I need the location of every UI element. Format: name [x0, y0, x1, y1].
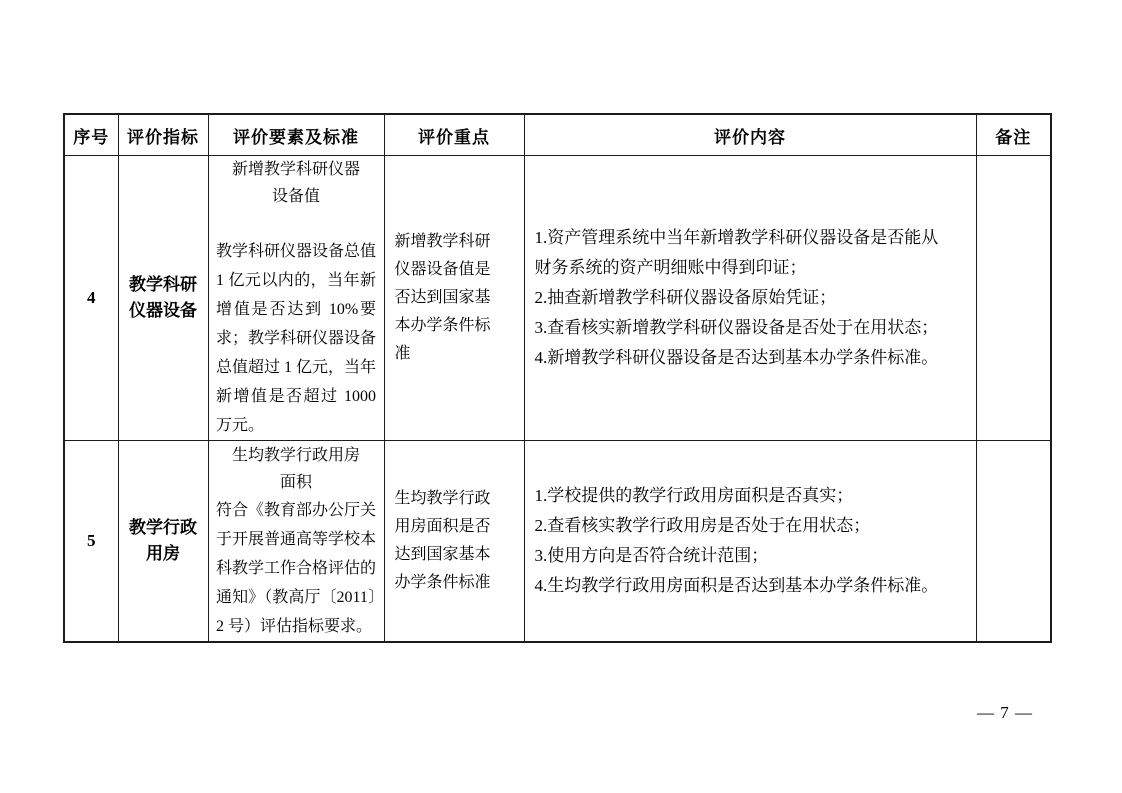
focus-text: 新增教学科研仪器设备值是否达到国家基本办学条件标准 [395, 228, 495, 368]
elements-body: 教学科研仪器设备总值 1 亿元以内的，当年新增值是否达到 10%要求；教学科研仪… [216, 237, 376, 440]
header-evaluation-indicator: 评价指标 [118, 114, 208, 156]
row-indicator-text: 教学行政用房 [126, 515, 200, 567]
row-serial-number: 4 [64, 156, 118, 441]
row-focus-cell: 新增教学科研仪器设备值是否达到国家基本办学条件标准 [384, 156, 524, 441]
header-evaluation-content: 评价内容 [524, 114, 976, 156]
content-list: 1.学校提供的教学行政用房面积是否真实； 2.查看核实教学行政用房是否处于在用状… [535, 481, 947, 601]
elements-title: 生均教学行政用房面积 [231, 442, 361, 496]
row-indicator: 教学行政用房 [118, 441, 208, 643]
row-focus-cell: 生均教学行政用房面积是否达到国家基本办学条件标准 [384, 441, 524, 643]
row-elements-cell: 新增教学科研仪器设备值 教学科研仪器设备总值 1 亿元以内的，当年新增值是否达到… [208, 156, 384, 441]
table-row: 4 教学科研仪器设备 新增教学科研仪器设备值 教学科研仪器设备总值 1 亿元以内… [64, 156, 1051, 441]
content-list: 1.资产管理系统中当年新增教学科研仪器设备是否能从财务系统的资产明细账中得到印证… [535, 223, 947, 373]
row-indicator: 教学科研仪器设备 [118, 156, 208, 441]
row-serial-number: 5 [64, 441, 118, 643]
row-remark-cell [976, 441, 1051, 643]
focus-text: 生均教学行政用房面积是否达到国家基本办学条件标准 [395, 485, 495, 597]
content-item: 1.学校提供的教学行政用房面积是否真实； [535, 481, 947, 511]
header-evaluation-focus: 评价重点 [384, 114, 524, 156]
content-item: 2.抽查新增教学科研仪器设备原始凭证； [535, 283, 947, 313]
elements-title: 新增教学科研仪器设备值 [231, 156, 361, 210]
table-header-row: 序号 评价指标 评价要素及标准 评价重点 评价内容 备注 [64, 114, 1051, 156]
header-elements-standards: 评价要素及标准 [208, 114, 384, 156]
header-serial-number: 序号 [64, 114, 118, 156]
header-remarks: 备注 [976, 114, 1051, 156]
page-number: — 7 — [950, 703, 1060, 723]
content-item: 3.使用方向是否符合统计范围； [535, 541, 947, 571]
elements-body: 符合《教育部办公厅关于开展普通高等学校本科教学工作合格评估的通知》（教高厅〔20… [216, 496, 376, 641]
table-row: 5 教学行政用房 生均教学行政用房面积 符合《教育部办公厅关于开展普通高等学校本… [64, 441, 1051, 643]
content-item: 4.新增教学科研仪器设备是否达到基本办学条件标准。 [535, 343, 947, 373]
evaluation-criteria-table: 序号 评价指标 评价要素及标准 评价重点 评价内容 备注 4 教学科研仪器设备 … [63, 113, 1052, 643]
row-indicator-text: 教学科研仪器设备 [126, 272, 200, 324]
row-elements-cell: 生均教学行政用房面积 符合《教育部办公厅关于开展普通高等学校本科教学工作合格评估… [208, 441, 384, 643]
row-remark-cell [976, 156, 1051, 441]
row-content-cell: 1.资产管理系统中当年新增教学科研仪器设备是否能从财务系统的资产明细账中得到印证… [524, 156, 976, 441]
document-page: 序号 评价指标 评价要素及标准 评价重点 评价内容 备注 4 教学科研仪器设备 … [0, 0, 1122, 793]
row-content-cell: 1.学校提供的教学行政用房面积是否真实； 2.查看核实教学行政用房是否处于在用状… [524, 441, 976, 643]
content-item: 2.查看核实教学行政用房是否处于在用状态； [535, 511, 947, 541]
content-item: 4.生均教学行政用房面积是否达到基本办学条件标准。 [535, 571, 947, 601]
content-item: 1.资产管理系统中当年新增教学科研仪器设备是否能从财务系统的资产明细账中得到印证… [535, 223, 947, 283]
content-item: 3.查看核实新增教学科研仪器设备是否处于在用状态； [535, 313, 947, 343]
